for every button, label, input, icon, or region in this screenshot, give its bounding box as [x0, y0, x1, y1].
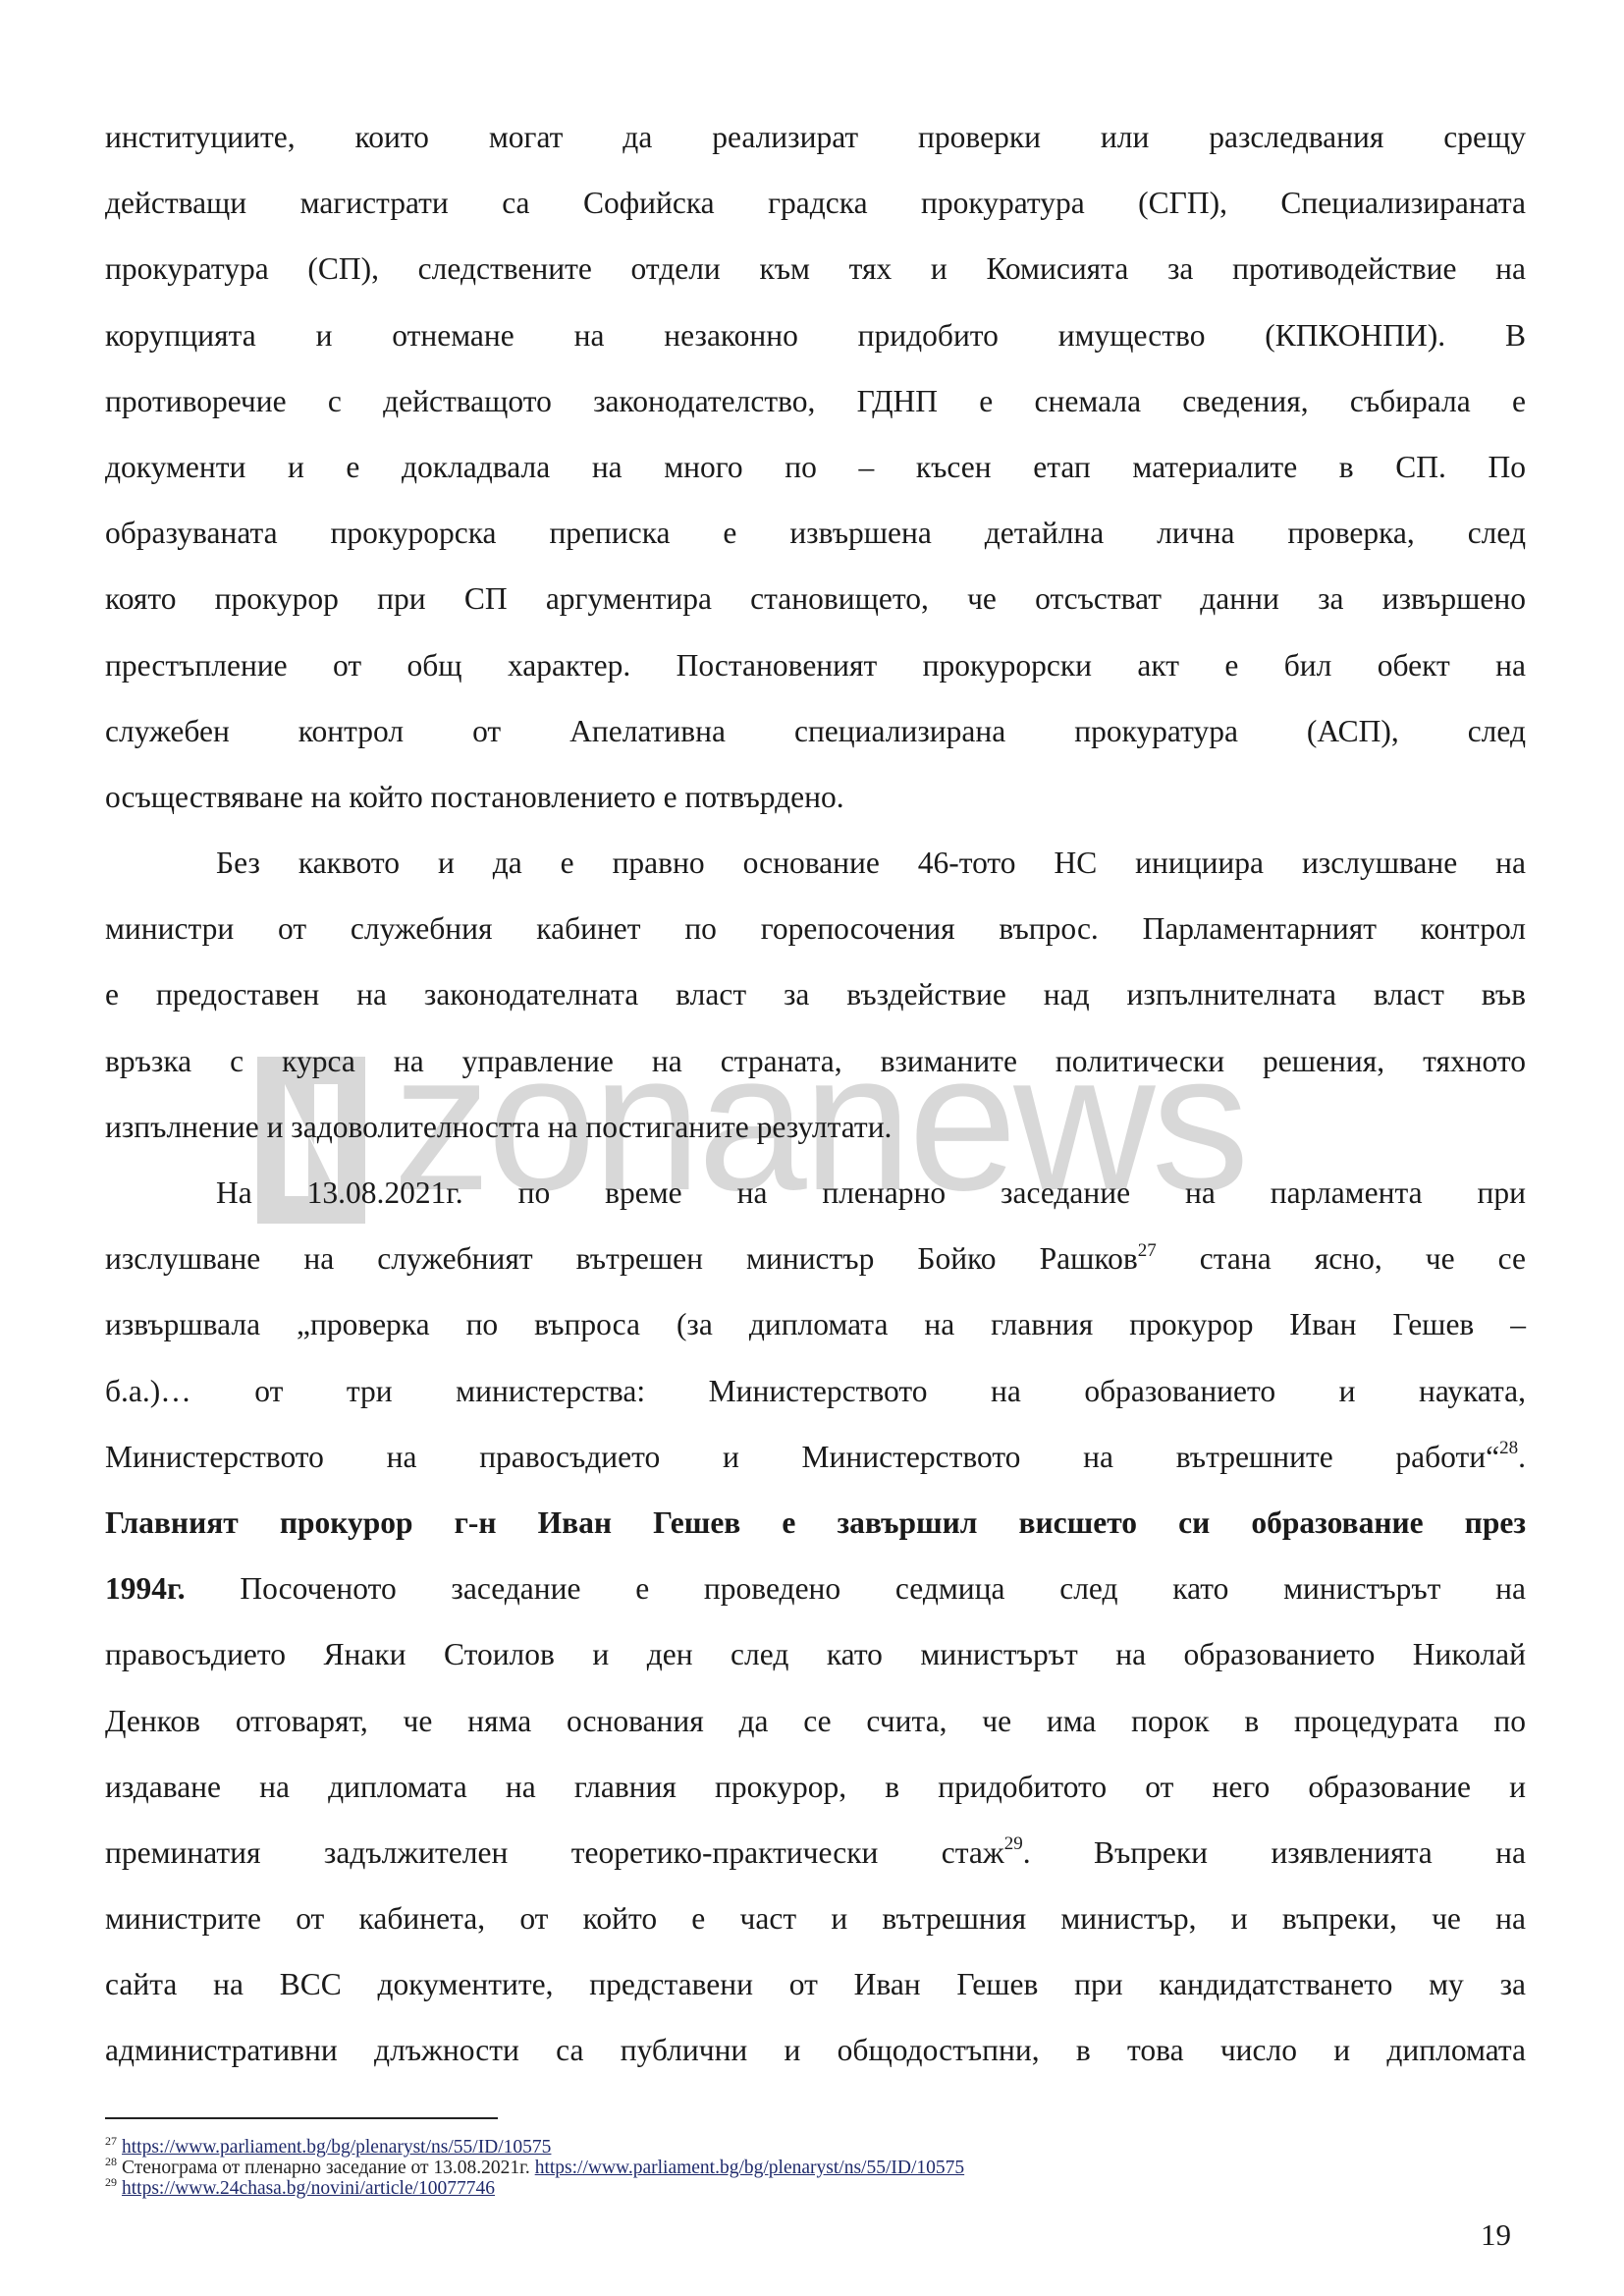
footnote-ref-27[interactable]: 27 [1138, 1240, 1157, 1261]
text-segment: преминатия задължителен теоретико-практи… [105, 1835, 1004, 1870]
text-line: изслушване на служебният вътрешен минист… [105, 1226, 1526, 1291]
text-line: Без каквото и да е правно основание 46-т… [105, 830, 1526, 896]
text-line: административни длъжности са публични и … [105, 2017, 1526, 2083]
footnote-29: 29https://www.24chasa.bg/novini/article/… [105, 2178, 1480, 2199]
text-line: министри от служебния кабинет по горепос… [105, 896, 1526, 961]
bold-statement-year: 1994г. [105, 1571, 186, 1606]
text-line: издаване на дипломата на главния прокуро… [105, 1754, 1526, 1820]
footnote-text: Стенограма от пленарно заседание от 13.0… [122, 2158, 535, 2178]
text-line: изпълнение и задоволителността на постиг… [105, 1094, 1526, 1160]
text-line: б.а.)… от три министерства: Министерство… [105, 1358, 1526, 1424]
footnote-number: 29 [105, 2175, 117, 2189]
text-line: документи и е докладвала на много по – к… [105, 434, 1526, 500]
text-line: престъпление от общ характер. Постановен… [105, 632, 1526, 698]
footnote-number: 28 [105, 2155, 117, 2168]
text-segment: стана ясно, че се [1200, 1241, 1526, 1276]
footnote-link[interactable]: https://www.parliament.bg/bg/plenaryst/n… [122, 2137, 551, 2158]
text-line: На 13.08.2021г. по време на пленарно зас… [105, 1160, 1526, 1226]
text-segment: Министерството на правосъдието и Министе… [105, 1440, 1499, 1474]
footnote-link[interactable]: https://www.parliament.bg/bg/plenaryst/n… [535, 2158, 964, 2178]
footnotes: 27https://www.parliament.bg/bg/plenaryst… [105, 2137, 1480, 2199]
text-line: сайта на ВСС документите, представени от… [105, 1951, 1526, 2017]
text-line: връзка с курса на управление на страната… [105, 1028, 1526, 1094]
text-segment: . [1518, 1440, 1526, 1474]
footnote-ref-29[interactable]: 29 [1004, 1833, 1023, 1854]
text-line: институциите, които могат да реализират … [105, 104, 1526, 170]
text-line: осъществяване на който постановлението е… [105, 764, 1526, 830]
text-segment: изслушване на служебният вътрешен минист… [105, 1241, 1138, 1276]
footnote-ref-28[interactable]: 28 [1499, 1438, 1518, 1458]
text-line: противоречие с действащото законодателст… [105, 368, 1526, 434]
text-segment: . Въпреки изявленията на [1023, 1835, 1526, 1870]
text-line: образуваната прокурорска преписка е извъ… [105, 500, 1526, 566]
text-line: извършвала „проверка по въпроса (за дипл… [105, 1291, 1526, 1357]
body-text: институциите, които могат да реализират … [105, 104, 1526, 2084]
text-line: Главният прокурор г-н Иван Гешев е завър… [105, 1490, 1526, 1556]
text-line: действащи магистрати са Софийска градска… [105, 170, 1526, 236]
text-line: преминатия задължителен теоретико-практи… [105, 1820, 1526, 1886]
text-line: е предоставен на законодателната власт з… [105, 961, 1526, 1027]
text-segment: Посоченото заседание е проведено седмица… [240, 1571, 1526, 1606]
text-line: правосъдието Янаки Стоилов и ден след ка… [105, 1621, 1526, 1687]
footnote-number: 27 [105, 2134, 117, 2148]
footnote-separator [105, 2117, 498, 2119]
text-line: министрите от кабинета, от който е част … [105, 1886, 1526, 1951]
text-line: прокуратура (СП), следствените отдели къ… [105, 236, 1526, 301]
bold-statement: Главният прокурор г-н Иван Гешев е завър… [105, 1505, 1526, 1540]
text-line: която прокурор при СП аргументира станов… [105, 566, 1526, 631]
document-page: zonanews институциите, които могат да ре… [0, 0, 1624, 2296]
page-number: 19 [1481, 2217, 1511, 2253]
footnote-28: 28Стенограма от пленарно заседание от 13… [105, 2158, 1480, 2178]
text-line: корупцията и отнемане на незаконно придо… [105, 302, 1526, 368]
text-line: служебен контрол от Апелативна специализ… [105, 698, 1526, 764]
text-line: Денков отговарят, че няма основания да с… [105, 1688, 1526, 1754]
footnote-27: 27https://www.parliament.bg/bg/plenaryst… [105, 2137, 1480, 2158]
text-line: Министерството на правосъдието и Министе… [105, 1424, 1526, 1490]
footnote-link[interactable]: https://www.24chasa.bg/novini/article/10… [122, 2178, 495, 2199]
text-line: 1994г. Посоченото заседание е проведено … [105, 1556, 1526, 1621]
